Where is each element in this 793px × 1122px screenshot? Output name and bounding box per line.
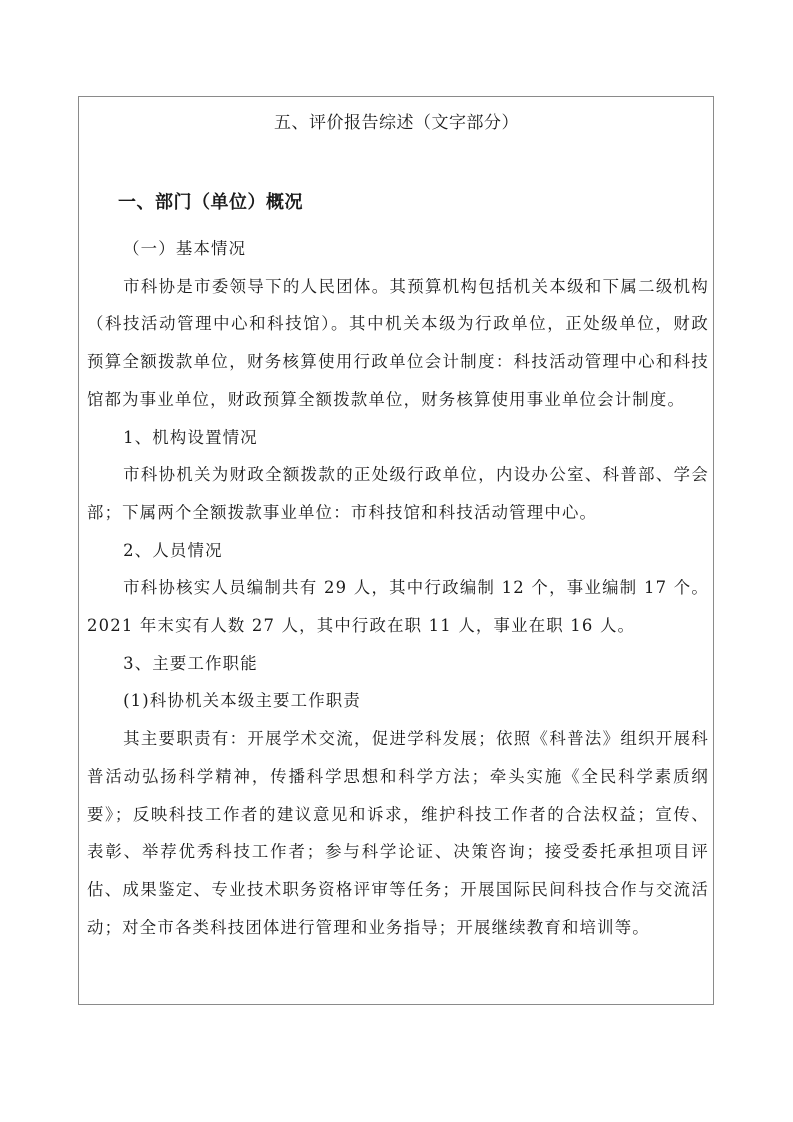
subsection-heading-duties: (1)科协机关本级主要工作职责 [87, 682, 709, 720]
paragraph-personnel: 市科协核实人员编制共有 29 人，其中行政编制 12 个，事业编制 17 个。2… [87, 569, 709, 644]
subsection-heading-organization: 1、机构设置情况 [87, 419, 709, 457]
subsection-heading-personnel: 2、人员情况 [87, 532, 709, 570]
document-body: （一）基本情况 市科协是市委领导下的人民团体。其预算机构包括机关本级和下属二级机… [87, 230, 709, 946]
subsection-heading-functions: 3、主要工作职能 [87, 645, 709, 683]
subsection-heading-basic-info: （一）基本情况 [87, 230, 709, 268]
section-heading: 一、部门（单位）概况 [118, 188, 303, 214]
document-title: 五、评价报告综述（文字部分） [0, 108, 793, 133]
paragraph-duties: 其主要职责有：开展学术交流，促进学科发展；依照《科普法》组织开展科普活动弘扬科学… [87, 720, 709, 946]
paragraph-overview: 市科协是市委领导下的人民团体。其预算机构包括机关本级和下属二级机构（科技活动管理… [87, 268, 709, 419]
paragraph-organization: 市科协机关为财政全额拨款的正处级行政单位，内设办公室、科普部、学会部；下属两个全… [87, 456, 709, 531]
